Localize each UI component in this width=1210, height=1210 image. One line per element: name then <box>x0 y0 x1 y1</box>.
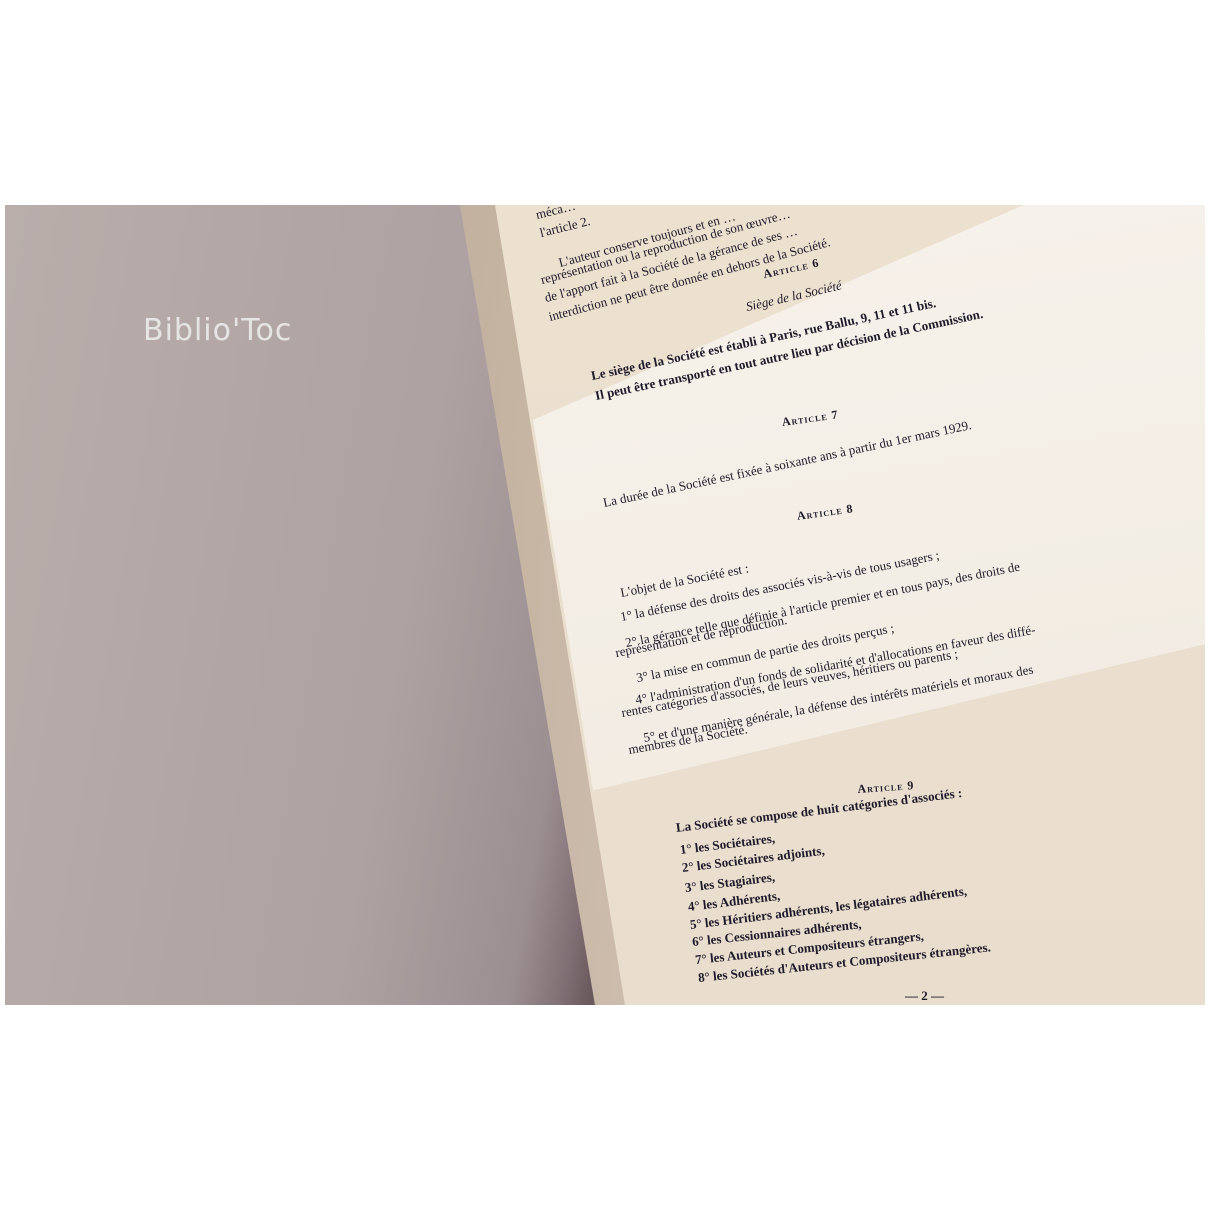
article9-intro: La Société se compose de huit catégories… <box>675 785 963 836</box>
page-number: — 2 — <box>905 988 944 1004</box>
page-text: méca… l'article 2. L'auteur conserve tou… <box>5 205 1205 1005</box>
book-photo: Biblio'Toc méca… l'article 2. L'auteur c… <box>5 205 1205 1005</box>
article8-heading: Article 8 <box>796 501 855 524</box>
article7-heading: Article 7 <box>781 407 840 430</box>
article7-line: La durée de la Société est fixée à soixa… <box>602 417 973 511</box>
article6-subtitle: Siège de la Société <box>744 277 843 315</box>
